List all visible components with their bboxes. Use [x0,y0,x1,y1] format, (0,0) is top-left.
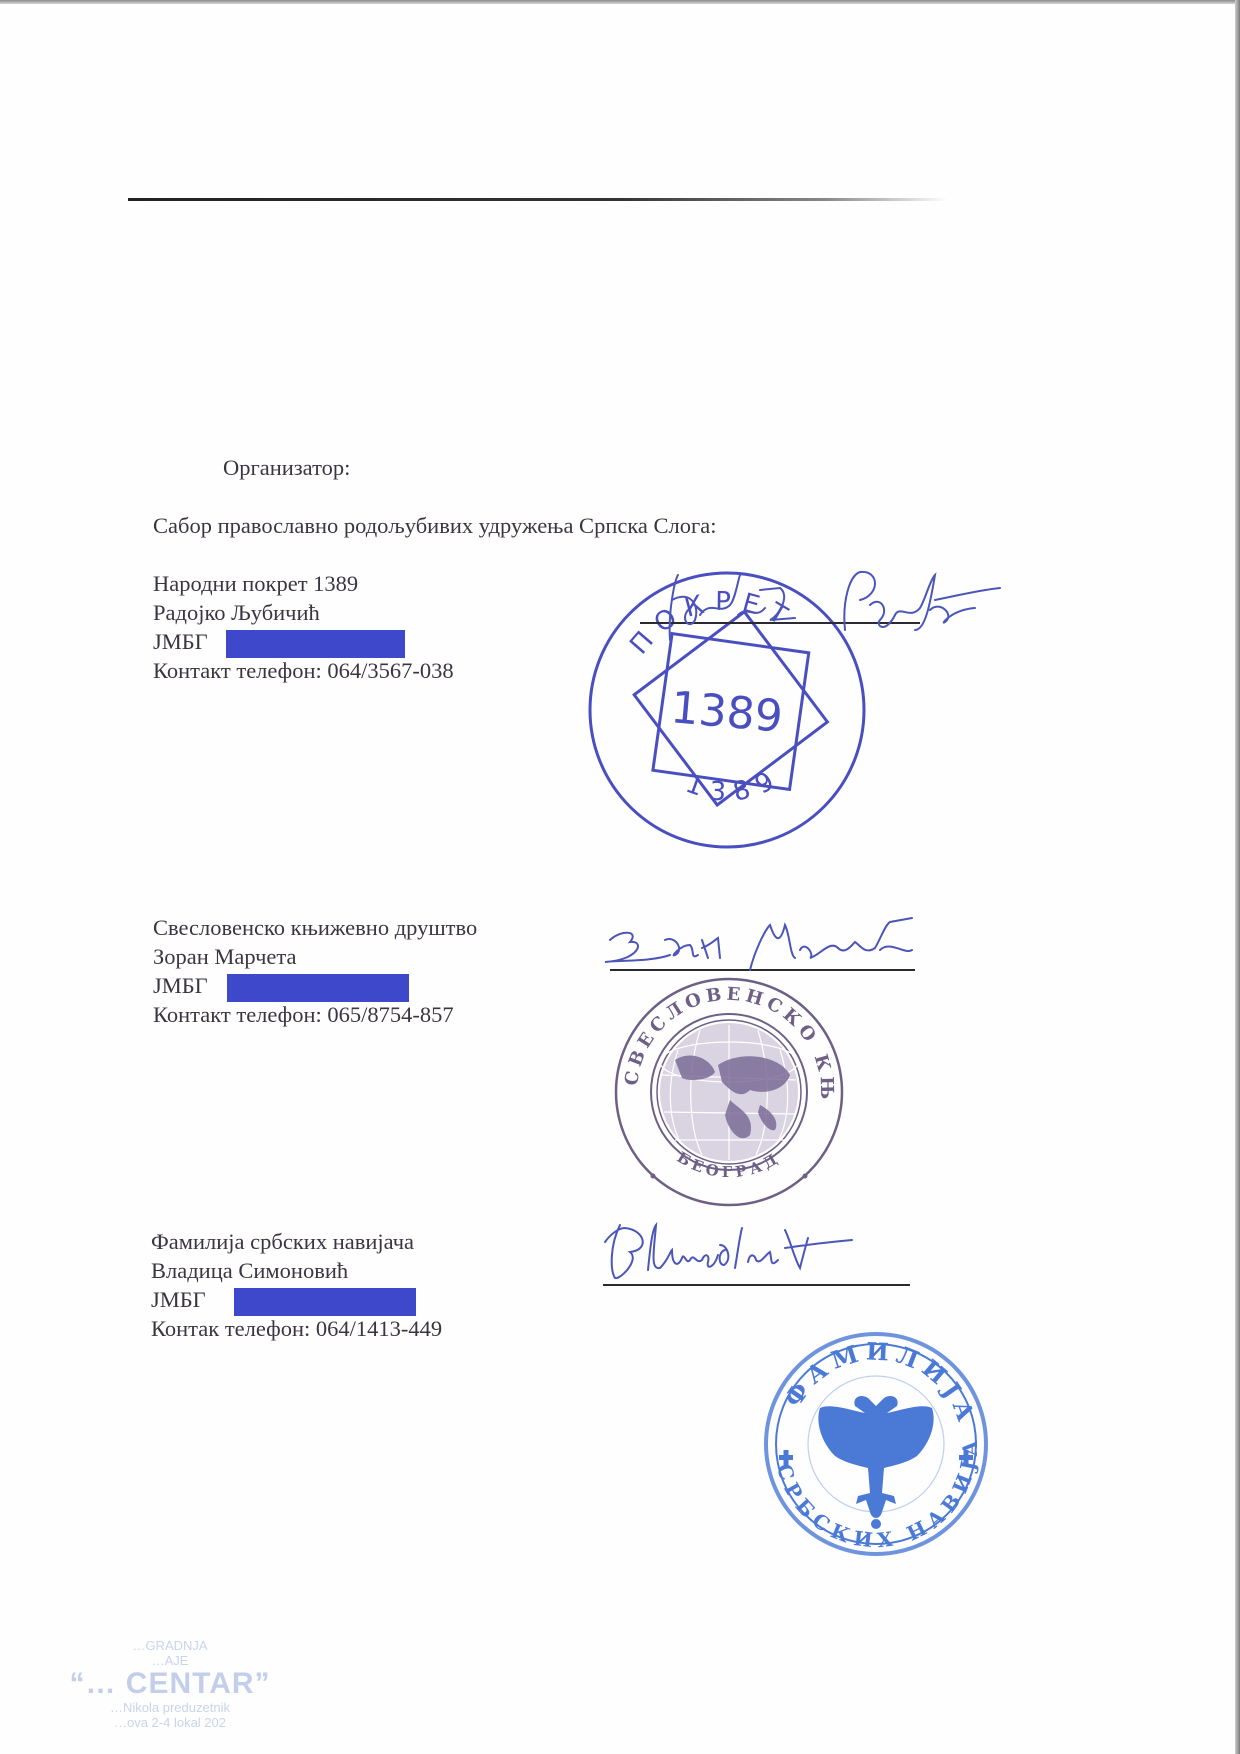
faint-watermark-stamp: …GRADNJA …AJE “… CENTAR” …Nikola preduze… [30,1638,310,1730]
assembly-title: Сабор православно родољубивих удружења С… [153,511,717,540]
signature-2 [605,918,912,970]
id-label: ЈМБГ [153,629,208,654]
header-rule [128,198,948,201]
id-label: ЈМБГ [151,1287,206,1312]
svg-text:1389: 1389 [682,761,789,808]
watermark-line: …Nikola preduzetnik [30,1700,310,1715]
signatory-3: Фамилија србских навијача Владица Симоно… [151,1227,442,1343]
stamp-sveslovensko-drustvo: СВЕСЛОВЕНСКО КЊИЖЕВНО ДРУШТВО БЕОГРАД [590,900,950,1220]
signature-3 [605,1225,852,1278]
person-name: Владица Симоновић [151,1256,442,1285]
id-redaction [227,974,409,1002]
watermark-line: …AJE [30,1653,310,1668]
globe-icon [660,1023,798,1161]
organizer-label: Организатор: [223,453,350,482]
id-redaction [226,630,405,658]
phone-line: Контак телефон: 064/1413-449 [151,1314,442,1343]
double-headed-eagle-icon [818,1396,933,1529]
watermark-line: …ova 2-4 lokal 202 [30,1715,310,1730]
scan-edge-right [1235,0,1240,1754]
organization-name: Народни покрет 1389 [153,569,454,598]
signatory-2: Свесловенско књижевно друштво Зоран Марч… [153,913,477,1029]
stamp-bottom-text: 1389 [682,761,789,808]
signatory-1: Народни покрет 1389 Радојко Љубичић ЈМБГ… [153,569,454,685]
scanned-page: Организатор: Сабор православно родољубив… [0,0,1240,1754]
stamp-familija-navijaca: ФАМИЛИЈА СРБСКИХ НАВИЈАЧА [760,1328,992,1560]
phone-line: Контакт телефон: 065/8754-857 [153,1000,477,1029]
person-name: Зоран Марчета [153,942,477,971]
person-name: Радојко Љубичић [153,598,454,627]
signature-block-3 [590,1210,920,1300]
organization-name: Свесловенско књижевно друштво [153,913,477,942]
stamp-pokret-1389: 1389 ПОКРЕТ 1389 [580,560,1020,860]
id-row: ЈМБГ [151,1285,442,1314]
organization-name: Фамилија србских навијача [151,1227,442,1256]
id-row: ЈМБГ [153,971,477,1000]
scan-edge-top [0,0,1240,4]
watermark-line: “… CENTAR” [30,1668,310,1700]
phone-line: Контакт телефон: 064/3567-038 [153,656,454,685]
stamp-center-number: 1389 [669,682,785,743]
id-redaction [234,1288,416,1316]
id-label: ЈМБГ [153,973,208,998]
watermark-line: …GRADNJA [30,1638,310,1653]
id-row: ЈМБГ [153,627,454,656]
